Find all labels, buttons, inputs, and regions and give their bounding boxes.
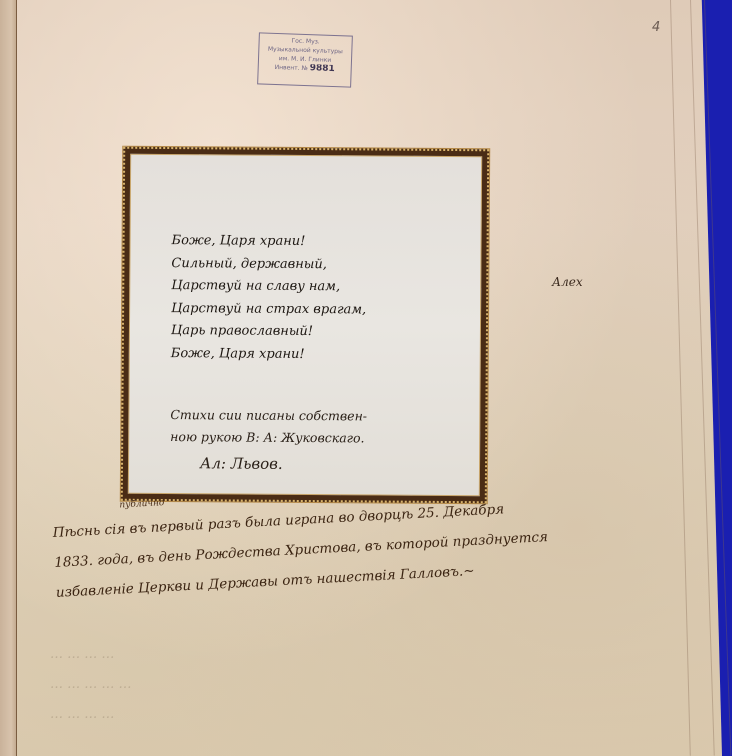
stamp-inventory-row: Инвент. № 9881 — [259, 62, 351, 74]
poem-line: Сильный, державный, — [171, 253, 366, 277]
poem-line: Царствуй на страх врагам, — [171, 298, 366, 322]
stamp-line: Инвент. № — [275, 64, 308, 72]
poem-line: Боже, Царя храни! — [172, 230, 367, 254]
poem-line: Царствуй на славу нам, — [171, 275, 366, 299]
lvov-signature: Ал: Львов. — [170, 452, 367, 475]
stamp-number: 9881 — [310, 63, 335, 74]
poem-line: Боже, Царя храни! — [171, 343, 366, 367]
folio-number: 4 — [652, 20, 660, 35]
page-left-edge — [0, 0, 17, 756]
faded-line: … … … … — [50, 700, 610, 730]
attribution-line: ною рукою В: А: Жуковскаго. — [170, 426, 367, 449]
gilt-framed-panel: Боже, Царя храни! Сильный, державный, Ца… — [121, 147, 489, 504]
faded-line: … … … … — [50, 640, 610, 670]
anthem-text: Боже, Царя храни! Сильный, державный, Ца… — [171, 230, 367, 366]
margin-note: Алех — [552, 275, 583, 289]
attribution-block: Стихи сии писаны собствен- ною рукою В: … — [170, 404, 367, 475]
faded-bleedthrough-text: … … … … … … … … … … … … … — [50, 640, 610, 730]
archive-stamp: Гос. Муз. Музыкальной культуры им. М. И.… — [257, 32, 353, 87]
poem-line: Царь православный! — [171, 320, 366, 344]
attribution-line: Стихи сии писаны собствен- — [170, 404, 367, 427]
faded-line: … … … … … — [50, 670, 610, 700]
